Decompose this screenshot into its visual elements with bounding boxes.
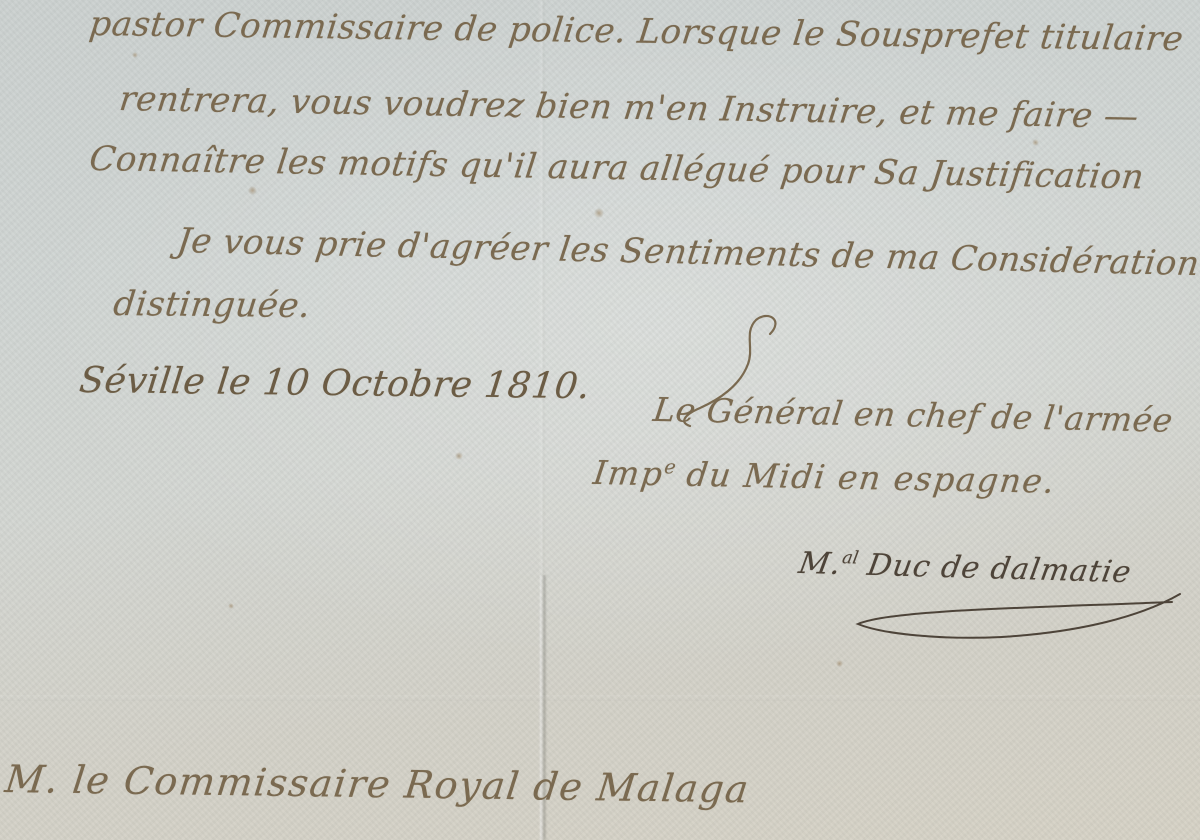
foxing-spot [836,660,843,667]
letter-closing-courtesy-line-2: distinguée. [111,284,312,326]
handwritten-letter-page: pastor Commissaire de police. Lorsque le… [0,0,1200,840]
foxing-spot [228,603,234,609]
closing-title-rest: du Midi en espagne. [672,455,1058,501]
closing-title-line-2: Impe du Midi en espagne. [591,453,1058,501]
foxing-spot [248,186,257,195]
letter-body-line-1: pastor Commissaire de police. Lorsque le… [87,4,1185,59]
addressee-line: M. le Commissaire Royal de Malaga [3,757,752,811]
letter-body-line-2: rentrera, vous voudrez bien m'en Instrui… [117,79,1141,137]
signature-abbrev: M. [796,546,844,582]
closing-title-abbrev: Imp [591,453,666,493]
signature-rest: Duc de dalmatie [854,548,1134,591]
letter-dateline: Séville le 10 Octobre 1810. [77,360,592,407]
foxing-spot [455,452,463,460]
signature-marshal-duke-of-dalmatia: M.al Duc de dalmatie [796,546,1134,590]
letter-closing-courtesy-line: Je vous prie d'agréer les Sentiments de … [175,221,1200,284]
horizontal-fold-crease [0,695,1200,701]
letter-body-line-3: Connaître les motifs qu'il aura allégué … [87,139,1146,197]
foxing-spot [132,52,138,58]
foxing-spot [1032,139,1039,146]
foxing-spot [594,208,604,218]
closing-title-line-1: Le Général en chef de l'armée [651,390,1175,440]
signature-paraph-flourish [842,590,1192,640]
